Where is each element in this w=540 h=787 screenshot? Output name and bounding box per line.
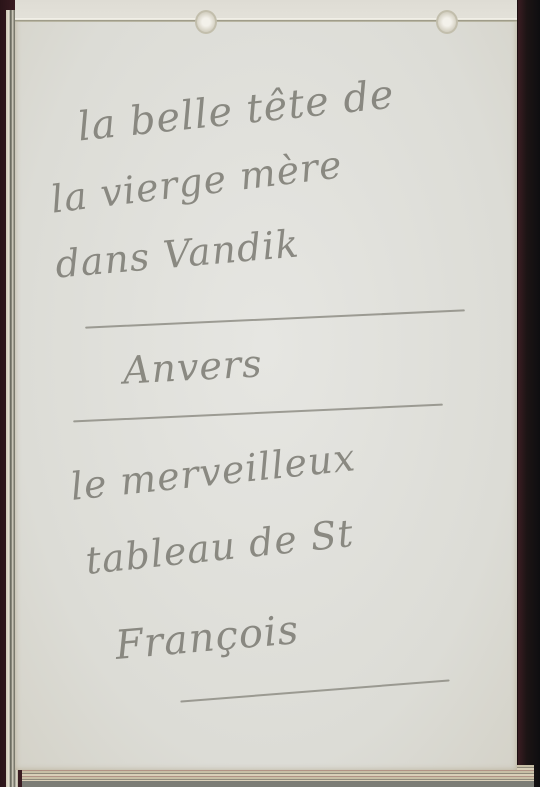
stitch-hole-icon [436,10,458,34]
handwritten-line: la belle tête de [75,72,396,151]
handwritten-line: tableau de St [83,511,355,583]
divider-rule [85,309,465,328]
handwritten-line: la vierge mère [48,142,344,221]
stitch-hole-icon [195,10,217,34]
handwritten-line: François [113,607,301,669]
handwritten-line: le merveilleux [68,435,357,509]
divider-rule [180,679,449,702]
notebook-cover-edge [518,0,540,787]
handwritten-line: dans Vandik [54,221,302,286]
divider-rule [73,404,443,423]
handwritten-line: Anvers [122,341,264,392]
notebook-page: la belle tête de la vierge mère dans Van… [15,0,517,770]
